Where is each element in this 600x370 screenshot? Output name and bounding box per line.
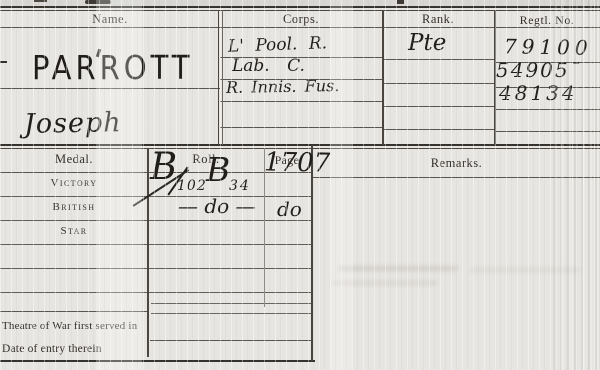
scan-smudge — [34, 0, 47, 2]
rule-line — [313, 177, 600, 178]
medal-index-card: Name. Corps. Rank. Regtl. No. Medal. Rol… — [0, 0, 600, 370]
rule-line — [494, 131, 600, 132]
rule-line — [151, 303, 313, 304]
page-ditto-value: do — [277, 199, 302, 219]
roll-number-1: 102 — [177, 179, 207, 193]
ink-bleedthrough-mark — [338, 266, 458, 271]
section-divider-line — [0, 144, 600, 146]
remarks-column-header: Remarks. — [313, 156, 600, 171]
medal-row-star: Star — [0, 225, 148, 237]
paper-light-band — [330, 0, 352, 370]
rule-line — [382, 83, 494, 84]
rule-line — [0, 268, 313, 269]
regtl-no-3: 48134 — [499, 83, 578, 103]
rule-line — [220, 127, 382, 128]
rule-line — [0, 10, 600, 11]
roll-ditto-value: — do — — [178, 196, 256, 216]
rule-line — [0, 88, 220, 89]
rule-line — [494, 109, 600, 110]
rule-line — [220, 101, 382, 102]
medal-row-british: British — [0, 201, 148, 213]
rule-line — [0, 196, 313, 197]
rule-line — [0, 292, 313, 293]
card-bottom-line — [0, 360, 315, 362]
rule-line — [150, 340, 313, 341]
forename-value: Joseph — [24, 109, 122, 138]
medal-row-victory: Victory — [0, 177, 148, 189]
rank-value: Pte — [408, 32, 446, 55]
ink-bleedthrough-mark — [470, 268, 580, 272]
corps-column-header: Corps. — [220, 12, 382, 27]
page-value: 1707 — [264, 149, 331, 176]
rule-line — [382, 59, 494, 60]
rule-line — [382, 129, 494, 130]
scan-smudge — [85, 0, 111, 4]
regtl-no-2: 54905¯ — [496, 60, 582, 80]
rule-line — [0, 6, 600, 8]
ink-bleedthrough-mark — [332, 281, 437, 285]
roll-number-2: 34 — [229, 179, 251, 193]
rule-line — [151, 313, 313, 314]
date-of-entry-label: Date of entry therein — [2, 343, 102, 355]
column-divider — [382, 10, 384, 145]
medal-column-header: Medal. — [0, 152, 148, 167]
name-column-header: Name. — [0, 12, 220, 27]
theatre-of-war-label: Theatre of War first served in — [2, 320, 137, 332]
rule-line — [0, 311, 147, 312]
rule-line — [0, 244, 313, 245]
regtl-no-1: 79100 — [504, 36, 593, 58]
corps-entry-3: R. Innis. Fus. — [226, 78, 340, 96]
column-divider — [218, 10, 219, 145]
edge-pen-dash — [0, 61, 7, 63]
rule-line — [0, 220, 313, 221]
rank-column-header: Rank. — [382, 12, 494, 27]
column-divider — [222, 10, 223, 145]
corps-entry-2: Lab. C. — [232, 58, 305, 75]
roll-letter-2: B — [206, 153, 230, 186]
corps-entry-1: L' Pool. R. — [228, 35, 328, 55]
regtl-no-column-header: Regtl. No. — [494, 13, 600, 28]
scan-smudge — [397, 0, 404, 4]
surname-value: PARROTT — [32, 52, 194, 84]
rule-line — [382, 106, 494, 107]
